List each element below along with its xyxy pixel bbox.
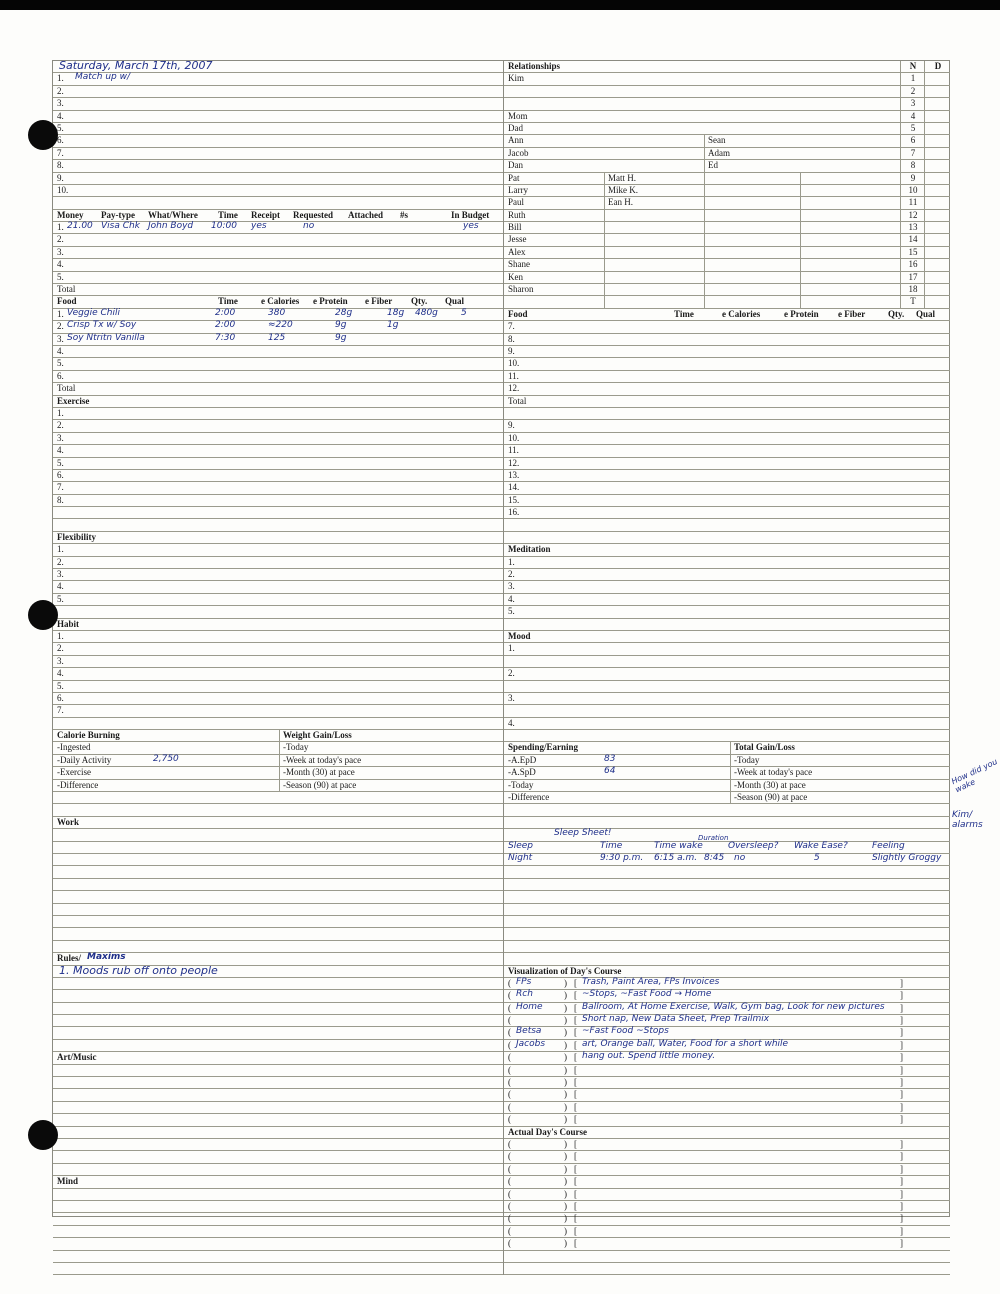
- bracket: (: [508, 1238, 511, 1249]
- blank-line[interactable]: [504, 519, 950, 531]
- relationship-row[interactable]: PaulEan H.11: [504, 197, 950, 209]
- habit-item[interactable]: 2.: [53, 643, 503, 655]
- row-number: 5.: [57, 272, 64, 283]
- visualization-row[interactable]: ()[hang out. Spend little money.]: [504, 1052, 950, 1064]
- spending-label: -Difference: [508, 792, 549, 803]
- bracket: [: [574, 1151, 577, 1162]
- mind-line[interactable]: [53, 1251, 503, 1263]
- food-calories[interactable]: 380: [268, 308, 285, 319]
- relationship-row[interactable]: Ken17: [504, 272, 950, 284]
- row-number: 11.: [508, 371, 519, 382]
- spending-row[interactable]: -Difference-Season (90) at pace: [504, 792, 950, 804]
- food-row[interactable]: 8.: [504, 334, 950, 346]
- divider: [604, 173, 605, 184]
- visualization-who[interactable]: FPs: [516, 977, 531, 988]
- todo-item[interactable]: 3.: [53, 98, 503, 110]
- flexibility-header[interactable]: Flexibility: [53, 532, 503, 544]
- mood-line[interactable]: [504, 681, 950, 693]
- visualization-row[interactable]: ()[]: [504, 1065, 950, 1077]
- relationship-row[interactable]: Dad5: [504, 123, 950, 135]
- visualization-header[interactable]: Visualization of Day's Course: [504, 966, 950, 978]
- sleep-oversleep[interactable]: no: [734, 853, 745, 864]
- blank-line[interactable]: [504, 1251, 950, 1263]
- sleep-line[interactable]: [504, 916, 950, 928]
- gain-label: -Today: [734, 755, 759, 766]
- blank-line[interactable]: [53, 197, 503, 209]
- actual-course-row[interactable]: ()[]: [504, 1201, 950, 1213]
- calorie-row[interactable]: -Ingested-Today: [53, 742, 503, 754]
- relationship-d-cell[interactable]: [924, 210, 951, 221]
- relationship-row[interactable]: Mom4: [504, 111, 950, 123]
- relationship-row[interactable]: Alex15: [504, 247, 950, 259]
- spending-value[interactable]: 64: [604, 766, 615, 777]
- relationship-d-cell[interactable]: [924, 234, 951, 245]
- relationship-d-cell[interactable]: [924, 73, 951, 84]
- rules-line[interactable]: [53, 1003, 503, 1015]
- relationship-d-cell[interactable]: [924, 284, 951, 295]
- sleep-heading-text[interactable]: Sleep Sheet!: [554, 828, 612, 839]
- bracket: ): [564, 1176, 567, 1187]
- relationship-d-cell[interactable]: [924, 111, 951, 122]
- relationship-row[interactable]: Bill13: [504, 222, 950, 234]
- food-row[interactable]: 6.: [53, 371, 503, 383]
- food-row[interactable]: 10.: [504, 358, 950, 370]
- blank-line[interactable]: [53, 792, 503, 804]
- mood-line[interactable]: [504, 705, 950, 717]
- bracket: (: [508, 1189, 511, 1200]
- money-total[interactable]: Total: [53, 284, 503, 296]
- bracket: ]: [900, 1139, 903, 1150]
- food-row[interactable]: 4.: [53, 346, 503, 358]
- rules-item[interactable]: 1. Moods rub off onto people: [53, 966, 503, 978]
- relationship-number: 8: [900, 160, 925, 171]
- relationship-d-cell[interactable]: [924, 173, 951, 184]
- food-fiber[interactable]: 1g: [387, 320, 398, 331]
- close-paren: ): [564, 1027, 567, 1038]
- food-name[interactable]: Soy Ntritn Vanilla: [67, 333, 145, 344]
- food-fiber[interactable]: 18g: [387, 308, 404, 319]
- mood-item[interactable]: 1.: [504, 643, 950, 655]
- divider: [704, 222, 705, 233]
- visualization-who[interactable]: Rch: [516, 989, 533, 1000]
- flexibility-item[interactable]: 1.: [53, 544, 503, 556]
- work-line[interactable]: [53, 904, 503, 916]
- food-calories[interactable]: 125: [268, 333, 285, 344]
- bracket: ]: [900, 1238, 903, 1249]
- spending-row[interactable]: -A.EpD83-Today: [504, 755, 950, 767]
- todo-item[interactable]: 7.: [53, 148, 503, 160]
- relationship-number: 6: [900, 135, 925, 146]
- relationship-row[interactable]: T: [504, 296, 950, 308]
- relationship-row[interactable]: JacobAdam7: [504, 148, 950, 160]
- money-receipt[interactable]: yes: [251, 221, 267, 232]
- calorie-header[interactable]: Calorie BurningWeight Gain/Loss: [53, 730, 503, 742]
- relationship-d-cell[interactable]: [924, 98, 951, 109]
- meditation-item[interactable]: 3.: [504, 581, 950, 593]
- food-column-header: Qual: [445, 296, 464, 307]
- relationship-name: Matt H.: [608, 173, 636, 184]
- todo-item[interactable]: 1.Match up w/: [53, 73, 503, 85]
- calorie-value[interactable]: 2,750: [153, 754, 179, 765]
- art-line[interactable]: [53, 1139, 503, 1151]
- actual-course-row[interactable]: ()[]: [504, 1139, 950, 1151]
- relationship-row[interactable]: 2: [504, 86, 950, 98]
- divider: [279, 730, 280, 741]
- relationship-row[interactable]: Ruth12: [504, 210, 950, 222]
- bracket: ]: [900, 1226, 903, 1237]
- flexibility-item[interactable]: 5.: [53, 594, 503, 606]
- divider: [704, 234, 705, 245]
- mood-header[interactable]: Mood: [504, 631, 950, 643]
- exercise-item[interactable]: 10.: [504, 433, 950, 445]
- rules-text[interactable]: 1. Moods rub off onto people: [59, 965, 218, 976]
- mind-line[interactable]: [53, 1263, 503, 1275]
- visualization-what[interactable]: hang out. Spend little money.: [582, 1051, 715, 1062]
- calorie-row[interactable]: -Difference-Season (90) at pace: [53, 780, 503, 792]
- actual-course-row[interactable]: ()[]: [504, 1176, 950, 1188]
- todo-item[interactable]: 10.: [53, 185, 503, 197]
- meditation-header[interactable]: Meditation: [504, 544, 950, 556]
- food-protein[interactable]: 28g: [335, 308, 352, 319]
- rules-line[interactable]: [53, 1040, 503, 1052]
- visualization-what[interactable]: Short nap, New Data Sheet, Prep Trailmix: [582, 1014, 769, 1025]
- todo-item[interactable]: 6.: [53, 135, 503, 147]
- visualization-what[interactable]: ~Fast Food ~Stops: [582, 1026, 669, 1037]
- mood-item[interactable]: 3.: [504, 693, 950, 705]
- spending-row[interactable]: -A.SpD64-Week at today's pace: [504, 767, 950, 779]
- money-row[interactable]: 2.: [53, 234, 503, 246]
- food-qual[interactable]: 5: [461, 308, 467, 319]
- meditation-item[interactable]: 2.: [504, 569, 950, 581]
- flexibility-item[interactable]: 3.: [53, 569, 503, 581]
- money-row[interactable]: 1.21.00Visa ChkJohn Boyd10:00yesnoyes: [53, 222, 503, 234]
- art-line[interactable]: [53, 1089, 503, 1101]
- sleep-feeling[interactable]: Slightly Groggy: [872, 853, 941, 864]
- sleep-label[interactable]: Night: [508, 853, 532, 864]
- row-number: 14.: [508, 482, 519, 493]
- relationship-d-cell[interactable]: [924, 222, 951, 233]
- sleep-line[interactable]: [504, 928, 950, 940]
- exercise-item[interactable]: 1.: [53, 408, 503, 420]
- exercise-item[interactable]: 11.: [504, 445, 950, 457]
- meditation-item[interactable]: 1.: [504, 557, 950, 569]
- todo-item[interactable]: 4.: [53, 111, 503, 123]
- visualization-who[interactable]: Betsa: [516, 1026, 541, 1037]
- spending-value[interactable]: 83: [604, 754, 615, 765]
- actual-course-row[interactable]: ()[]: [504, 1164, 950, 1176]
- blank-line[interactable]: [504, 804, 950, 816]
- actual-course-row[interactable]: ()[]: [504, 1151, 950, 1163]
- visualization-what[interactable]: Trash, Paint Area, FPs Invoices: [582, 977, 719, 988]
- relationship-row[interactable]: Jesse14: [504, 234, 950, 246]
- relationship-d-cell[interactable]: [924, 197, 951, 208]
- food-protein[interactable]: 9g: [335, 320, 346, 331]
- art-line[interactable]: [53, 1151, 503, 1163]
- rules-line[interactable]: [53, 1027, 503, 1039]
- work-line[interactable]: [53, 879, 503, 891]
- relationship-d-cell[interactable]: [924, 135, 951, 146]
- food-header[interactable]: FoodTimee Caloriese Proteine FiberQty.Qu…: [504, 309, 950, 321]
- food-time[interactable]: 2:00: [215, 308, 235, 319]
- sleep-wake[interactable]: 6:15 a.m.: [654, 853, 697, 864]
- food-row[interactable]: 7.: [504, 321, 950, 333]
- flexibility-item[interactable]: 4.: [53, 581, 503, 593]
- food-qty[interactable]: 480g: [415, 308, 438, 319]
- date-text[interactable]: Saturday, March 17th, 2007: [59, 60, 212, 71]
- close-bracket: ]: [900, 1089, 903, 1100]
- close-bracket: ]: [900, 978, 903, 989]
- actual-course-row[interactable]: ()[]: [504, 1213, 950, 1225]
- spending-header[interactable]: Spending/EarningTotal Gain/Loss: [504, 742, 950, 754]
- relationship-d-cell[interactable]: [924, 160, 951, 171]
- bracket: (: [508, 1164, 511, 1175]
- relationship-d-cell[interactable]: [924, 148, 951, 159]
- habit-header[interactable]: Habit: [53, 619, 503, 631]
- blank-line[interactable]: [504, 532, 950, 544]
- visualization-what[interactable]: art, Orange ball, Water, Food for a shor…: [582, 1039, 788, 1050]
- relationship-row[interactable]: Kim1: [504, 73, 950, 85]
- exercise-item[interactable]: 3.: [53, 433, 503, 445]
- exercise-item[interactable]: 8.: [53, 495, 503, 507]
- relationship-row[interactable]: DanEd8: [504, 160, 950, 172]
- money-what-where[interactable]: John Boyd: [148, 221, 193, 232]
- rules-line[interactable]: [53, 978, 503, 990]
- close-bracket: ]: [900, 1102, 903, 1113]
- todo-item[interactable]: 2.: [53, 86, 503, 98]
- exercise-item[interactable]: 7.: [53, 482, 503, 494]
- visualization-what[interactable]: ~Stops, ~Fast Food → Home: [582, 989, 711, 1000]
- exercise-item[interactable]: 9.: [504, 420, 950, 432]
- art-line[interactable]: [53, 1065, 503, 1077]
- mind-line[interactable]: [53, 1201, 503, 1213]
- close-paren: ): [564, 1102, 567, 1113]
- flexibility-item[interactable]: 2.: [53, 557, 503, 569]
- food-row[interactable]: 12.: [504, 383, 950, 395]
- visualization-row[interactable]: ()[Short nap, New Data Sheet, Prep Trail…: [504, 1015, 950, 1027]
- work-line[interactable]: [53, 928, 503, 940]
- divider: [730, 767, 731, 778]
- row-number: 7.: [57, 482, 64, 493]
- bracket: [: [574, 1238, 577, 1249]
- food-protein[interactable]: 9g: [335, 333, 346, 344]
- actual-course-row[interactable]: ()[]: [504, 1238, 950, 1250]
- relationship-row[interactable]: Sharon18: [504, 284, 950, 296]
- section-title: Flexibility: [57, 532, 96, 543]
- art-line[interactable]: [53, 1127, 503, 1139]
- todo-item[interactable]: 8.: [53, 160, 503, 172]
- divider: [704, 259, 705, 270]
- todo-item[interactable]: 5.: [53, 123, 503, 135]
- mood-item[interactable]: 2.: [504, 668, 950, 680]
- food-row[interactable]: 5.: [53, 358, 503, 370]
- sleep-column-header: Oversleep?: [728, 841, 778, 852]
- sleep-line[interactable]: [504, 941, 950, 953]
- food-name[interactable]: Crisp Tx w/ Soy: [67, 320, 136, 331]
- visualization-row[interactable]: ()[]: [504, 1089, 950, 1101]
- relationship-d-cell[interactable]: [924, 272, 951, 283]
- art-line[interactable]: [53, 1102, 503, 1114]
- work-line[interactable]: [53, 854, 503, 866]
- relationship-name: Dad: [508, 123, 523, 134]
- habit-item[interactable]: 7.: [53, 705, 503, 717]
- rules-line[interactable]: [53, 990, 503, 1002]
- relationship-row[interactable]: AnnSean6: [504, 135, 950, 147]
- meditation-item[interactable]: 4.: [504, 594, 950, 606]
- money-row[interactable]: 4.: [53, 259, 503, 271]
- sleep-row[interactable]: Night9:30 p.m.6:15 a.m.8:45no5Slightly G…: [504, 854, 950, 866]
- spending-row[interactable]: -Today-Month (30) at pace: [504, 780, 950, 792]
- sleep-line[interactable]: [504, 953, 950, 965]
- sleep-line[interactable]: [504, 904, 950, 916]
- relationship-d-cell[interactable]: [924, 86, 951, 97]
- exercise-item[interactable]: 4.: [53, 445, 503, 457]
- open-bracket: [: [574, 1003, 577, 1014]
- relationship-d-cell[interactable]: [924, 259, 951, 270]
- sleep-line[interactable]: [504, 866, 950, 878]
- row-number: 7.: [508, 321, 515, 332]
- relationship-row[interactable]: LarryMike K.10: [504, 185, 950, 197]
- money-amount[interactable]: 21.00: [67, 221, 93, 232]
- exercise-header[interactable]: Exercise: [53, 396, 503, 408]
- work-header[interactable]: Work: [53, 817, 503, 829]
- money-in-budget[interactable]: yes: [463, 221, 479, 232]
- work-line[interactable]: [53, 829, 503, 841]
- visualization-row[interactable]: ()[]: [504, 1102, 950, 1114]
- food-name[interactable]: Veggie Chili: [67, 308, 120, 319]
- visualization-who[interactable]: Home: [516, 1002, 543, 1013]
- sleep-line[interactable]: [504, 879, 950, 891]
- food-column-header: Qty.: [888, 309, 904, 320]
- relationship-d-cell[interactable]: [924, 185, 951, 196]
- work-line[interactable]: [53, 866, 503, 878]
- mind-header[interactable]: Mind: [53, 1176, 503, 1188]
- rules-line[interactable]: [53, 1015, 503, 1027]
- habit-item[interactable]: 4.: [53, 668, 503, 680]
- food-column-header: Qty.: [411, 296, 427, 307]
- open-paren: (: [508, 1003, 511, 1014]
- habit-item[interactable]: 1.: [53, 631, 503, 643]
- mood-line[interactable]: [504, 656, 950, 668]
- exercise-item[interactable]: 14.: [504, 482, 950, 494]
- money-requested[interactable]: no: [303, 221, 314, 232]
- food-total[interactable]: Total: [504, 396, 950, 408]
- exercise-item[interactable]: 12.: [504, 458, 950, 470]
- calorie-row[interactable]: -Daily Activity2,750-Week at today's pac…: [53, 755, 503, 767]
- blank-line[interactable]: [53, 718, 503, 730]
- food-time[interactable]: 2:00: [215, 320, 235, 331]
- sleep-time[interactable]: 9:30 p.m.: [600, 853, 643, 864]
- habit-item[interactable]: 6.: [53, 693, 503, 705]
- food-calories[interactable]: ≈220: [268, 320, 293, 331]
- work-line[interactable]: [53, 891, 503, 903]
- close-bracket: ]: [900, 1052, 903, 1063]
- visualization-row[interactable]: ()[]: [504, 1077, 950, 1089]
- relationship-d-cell[interactable]: [924, 296, 951, 307]
- actual-course-row[interactable]: ()[]: [504, 1226, 950, 1238]
- relationship-row[interactable]: Shane16: [504, 259, 950, 271]
- blank-line[interactable]: [53, 804, 503, 816]
- exercise-item[interactable]: 16.: [504, 507, 950, 519]
- money-time[interactable]: 10:00: [211, 221, 237, 232]
- art-line[interactable]: [53, 1114, 503, 1126]
- money-pay-type[interactable]: Visa Chk: [101, 221, 140, 232]
- relationship-name: Kim: [508, 73, 524, 84]
- relationship-row[interactable]: 3: [504, 98, 950, 110]
- exercise-item[interactable]: 13.: [504, 470, 950, 482]
- work-line[interactable]: [53, 842, 503, 854]
- blank-line[interactable]: [53, 519, 503, 531]
- actual-course-row[interactable]: ()[]: [504, 1189, 950, 1201]
- art-line[interactable]: [53, 1077, 503, 1089]
- todo-item[interactable]: 9.: [53, 173, 503, 185]
- row-number: 1.: [57, 408, 64, 419]
- mood-item[interactable]: 4.: [504, 718, 950, 730]
- calorie-row[interactable]: -Exercise-Month (30) at pace: [53, 767, 503, 779]
- row-number: 3.: [57, 247, 64, 258]
- visualization-what[interactable]: Ballroom, At Home Exercise, Walk, Gym ba…: [582, 1002, 885, 1013]
- visualization-who[interactable]: Jacobs: [516, 1039, 545, 1050]
- sleep-line[interactable]: [504, 891, 950, 903]
- food-row[interactable]: 11.: [504, 371, 950, 383]
- mind-line[interactable]: [53, 1213, 503, 1225]
- blank-line[interactable]: [504, 730, 950, 742]
- divider: [800, 234, 801, 245]
- sleep-duration[interactable]: 8:45: [704, 853, 724, 864]
- visualization-row[interactable]: ()[]: [504, 1114, 950, 1126]
- art-line[interactable]: [53, 1164, 503, 1176]
- relationship-d-cell[interactable]: [924, 123, 951, 134]
- exercise-item[interactable]: 2.: [53, 420, 503, 432]
- food-total[interactable]: Total: [53, 383, 503, 395]
- mind-line[interactable]: [53, 1226, 503, 1238]
- habit-item[interactable]: 5.: [53, 681, 503, 693]
- money-row[interactable]: 3.: [53, 247, 503, 259]
- blank-line[interactable]: [504, 1263, 950, 1275]
- todo-text[interactable]: Match up w/: [75, 72, 130, 83]
- mind-line[interactable]: [53, 1189, 503, 1201]
- exercise-item[interactable]: 6.: [53, 470, 503, 482]
- relationship-d-cell[interactable]: [924, 247, 951, 258]
- relationship-row[interactable]: PatMatt H.9: [504, 173, 950, 185]
- actual-header[interactable]: Actual Day's Course: [504, 1127, 950, 1139]
- blank-line[interactable]: [53, 606, 503, 618]
- food-row[interactable]: 3.Soy Ntritn Vanilla7:301259g: [53, 334, 503, 346]
- blank-line[interactable]: [53, 507, 503, 519]
- art-header[interactable]: Art/Music: [53, 1052, 503, 1064]
- section-title: Mood: [508, 631, 531, 642]
- visualization-row[interactable]: (FPs)[Trash, Paint Area, FPs Invoices]: [504, 978, 950, 990]
- blank-line[interactable]: [504, 619, 950, 631]
- visualization-row[interactable]: (Jacobs)[art, Orange ball, Water, Food f…: [504, 1040, 950, 1052]
- row-number: 1.: [508, 643, 515, 654]
- divider: [604, 210, 605, 221]
- mind-line[interactable]: [53, 1238, 503, 1250]
- food-row[interactable]: 9.: [504, 346, 950, 358]
- work-line[interactable]: [53, 916, 503, 928]
- food-time[interactable]: 7:30: [215, 333, 235, 344]
- sleep-ease[interactable]: 5: [814, 853, 820, 864]
- blank-line[interactable]: [504, 408, 950, 420]
- habit-item[interactable]: 3.: [53, 656, 503, 668]
- exercise-item[interactable]: 15.: [504, 495, 950, 507]
- relationship-name: Alex: [508, 247, 526, 258]
- row-number: 3.: [57, 334, 64, 345]
- money-row[interactable]: 5.: [53, 272, 503, 284]
- relationships-header[interactable]: RelationshipsND: [504, 61, 950, 73]
- open-bracket: [: [574, 1015, 577, 1026]
- exercise-item[interactable]: 5.: [53, 458, 503, 470]
- meditation-item[interactable]: 5.: [504, 606, 950, 618]
